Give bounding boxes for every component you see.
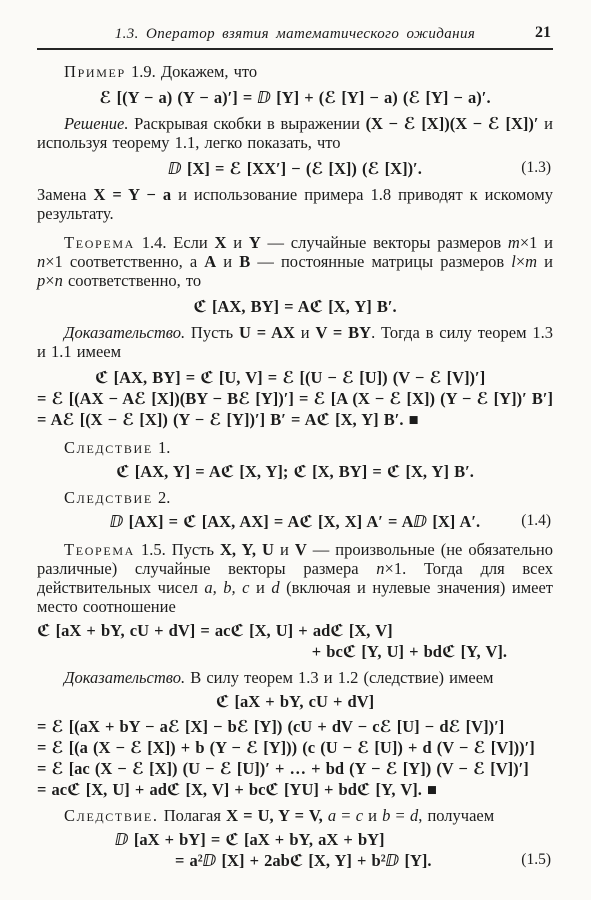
equation-number-1-3: (1.3): [521, 159, 551, 177]
page-header: 1.3. Оператор взятия математического ожи…: [37, 26, 553, 50]
formula-block-corollary-final: ⅅ [aX + bY] = ℭ [aX + bY, aX + bY] = a²ⅅ…: [37, 829, 553, 871]
formula-corollary-1: ℭ [AX, Y] = Aℭ [X, Y]; ℭ [X, BY] = ℭ [X,…: [37, 461, 553, 482]
formula-theorem-1-5-line-2: + bcℭ [Y, U] + bdℭ [Y, V].: [37, 641, 553, 662]
book-page: 1.3. Оператор взятия математического ожи…: [0, 0, 591, 900]
derivation-1-5-line-1: = ℰ [(aX + bY − aℰ [X] − bℰ [Y]) (cU + d…: [37, 716, 553, 737]
header-rule: 1.3. Оператор взятия математического ожи…: [37, 26, 553, 50]
formula-theorem-1-4: ℭ [AX, BY] = Aℭ [X, Y] B′.: [37, 296, 553, 317]
formula-1-4: ⅅ [AX] = ℭ [AX, AX] = Aℭ [X, X] A′ = Aⅅ …: [37, 511, 553, 532]
equation-number-1-4: (1.4): [521, 512, 551, 530]
paragraph-solution: Решение. Раскрывая скобки в выражении (X…: [37, 114, 553, 152]
paragraph-theorem-1-5: Теорема 1.5. Пусть X, Y, U и V — произво…: [37, 540, 553, 616]
formula-1-3: ⅅ [X] = ℰ [XX′] − (ℰ [X]) (ℰ [X])′.: [37, 158, 553, 179]
formula-block-theorem-1-5: ℭ [aX + bY, cU + dV] = acℭ [X, U] + adℭ …: [37, 620, 553, 662]
formula-example-1-9: ℰ [(Y − a) (Y − a)′] = ⅅ [Y] + (ℰ [Y] − …: [37, 87, 553, 108]
equation-number-1-5: (1.5): [521, 851, 551, 869]
paragraph-corollary-2: Следствие 2.: [37, 488, 553, 507]
derivation-1-4-line-2: = ℰ [(AX − Aℰ [X])(BY − Bℰ [Y])′] = ℰ [A…: [37, 388, 553, 409]
paragraph-corollary-1: Следствие 1.: [37, 438, 553, 457]
paragraph-solution-conclusion: Замена X = Y − a и использование примера…: [37, 185, 553, 223]
derivation-1-5-head: ℭ [aX + bY, cU + dV]: [37, 691, 553, 712]
paragraph-example-1-9: Пример 1.9. Докажем, что: [37, 62, 553, 81]
formula-theorem-1-5-line-1: ℭ [aX + bY, cU + dV] = acℭ [X, U] + adℭ …: [37, 620, 553, 641]
derivation-block-1-5: = ℰ [(aX + bY − aℰ [X] − bℰ [Y]) (cU + d…: [37, 716, 553, 800]
derivation-1-5-line-3: = ℰ [ac (X − ℰ [X]) (U − ℰ [U])′ + … + b…: [37, 758, 553, 779]
page-number: 21: [535, 24, 551, 42]
derivation-1-4-line-3: = Aℰ [(X − ℰ [X]) (Y − ℰ [Y])′] B′ = Aℭ …: [37, 409, 553, 430]
formula-1-5-line-1: ⅅ [aX + bY] = ℭ [aX + bY, aX + bY]: [115, 829, 553, 850]
derivation-1-5-line-2: = ℰ [(a (X − ℰ [X]) + b (Y − ℰ [Y])) (c …: [37, 737, 553, 758]
paragraph-corollary-final: Следствие. Полагая X = U, Y = V, a = c и…: [37, 806, 553, 825]
derivation-1-4-line-1: ℭ [AX, BY] = ℭ [U, V] = ℰ [(U − ℰ [U]) (…: [95, 367, 553, 388]
paragraph-proof-1-4: Доказательство. Пусть U = AX и V = BY. Т…: [37, 323, 553, 361]
equation-row-1-4: ⅅ [AX] = ℭ [AX, AX] = Aℭ [X, X] A′ = Aⅅ …: [37, 511, 553, 532]
formula-1-5-line-2: = a²ⅅ [X] + 2abℭ [X, Y] + b²ⅅ [Y].: [175, 850, 553, 871]
derivation-block-1-4: ℭ [AX, BY] = ℭ [U, V] = ℰ [(U − ℰ [U]) (…: [37, 367, 553, 430]
derivation-1-5-line-4: = acℭ [X, U] + adℭ [X, V] + bcℭ [YU] + b…: [37, 779, 553, 800]
equation-row-1-5: = a²ⅅ [X] + 2abℭ [X, Y] + b²ⅅ [Y]. (1.5): [37, 850, 553, 871]
equation-row-1-3: ⅅ [X] = ℰ [XX′] − (ℰ [X]) (ℰ [X])′. (1.3…: [37, 158, 553, 179]
running-title: 1.3. Оператор взятия математического ожи…: [37, 26, 553, 43]
paragraph-proof-1-5: Доказательство. В силу теорем 1.3 и 1.2 …: [37, 668, 553, 687]
paragraph-theorem-1-4: Теорема 1.4. Если X и Y — случайные вект…: [37, 233, 553, 290]
